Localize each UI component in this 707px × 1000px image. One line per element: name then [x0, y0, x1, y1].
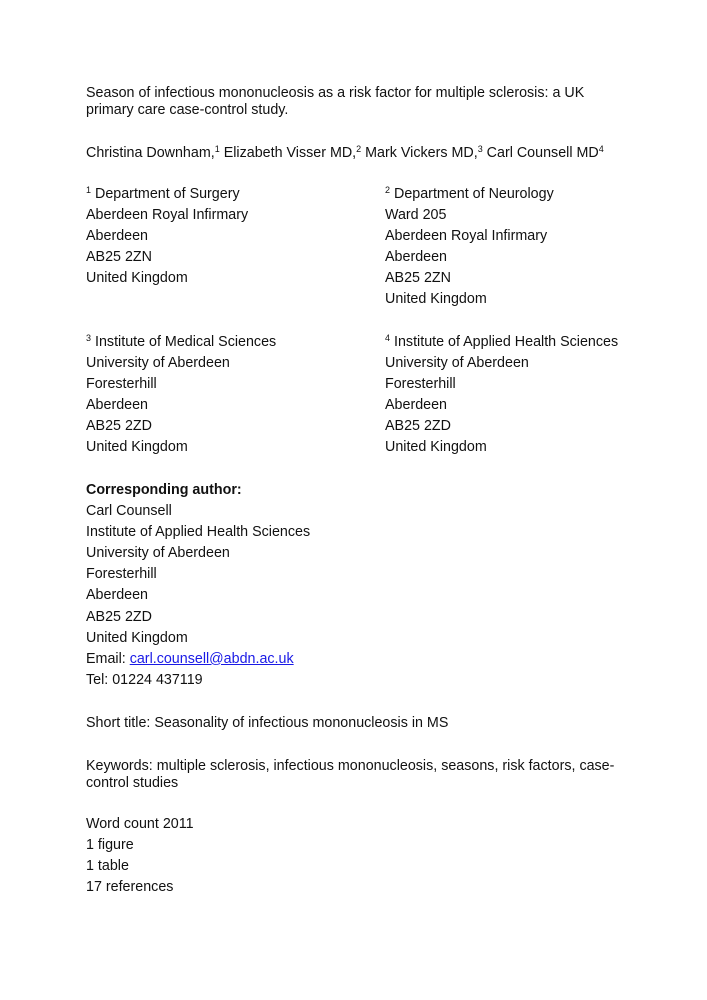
- affiliation-4: 4 Institute of Applied Health Sciences U…: [385, 332, 618, 459]
- author-name: Mark Vickers MD,: [361, 145, 478, 161]
- affiliation-line: Institute of Applied Health Sciences: [394, 334, 618, 350]
- affiliation-line: United Kingdom: [86, 437, 276, 458]
- affiliation-line: University of Aberdeen: [385, 353, 618, 374]
- affiliation-marker: 4: [599, 144, 604, 154]
- corresponding-author-block: Corresponding author: Carl Counsell Inst…: [86, 480, 310, 691]
- affiliation-line: Foresterhill: [385, 374, 618, 395]
- affiliation-line: Aberdeen: [385, 247, 554, 268]
- corresponding-line: Foresterhill: [86, 564, 310, 585]
- author-name: Elizabeth Visser MD,: [220, 145, 356, 161]
- word-count: Word count 2011: [86, 814, 194, 835]
- author-list: Christina Downham,1 Elizabeth Visser MD,…: [86, 145, 604, 161]
- affiliation-line: Aberdeen: [86, 395, 276, 416]
- affiliation-2: 2 Department of Neurology Ward 205 Aberd…: [385, 184, 554, 311]
- affiliation-line: Aberdeen Royal Infirmary: [86, 205, 248, 226]
- corresponding-line: Institute of Applied Health Sciences: [86, 522, 310, 543]
- affiliation-line: Department of Surgery: [95, 186, 240, 202]
- affiliation-line: Ward 205: [385, 205, 554, 226]
- corresponding-author-heading: Corresponding author:: [86, 480, 310, 501]
- corresponding-line: United Kingdom: [86, 628, 310, 649]
- affiliation-marker: 1: [86, 185, 91, 195]
- email-label: Email:: [86, 651, 130, 667]
- affiliation-line: University of Aberdeen: [86, 353, 276, 374]
- keywords: Keywords: multiple sclerosis, infectious…: [86, 758, 626, 792]
- affiliation-line: United Kingdom: [385, 437, 618, 458]
- short-title: Short title: Seasonality of infectious m…: [86, 715, 448, 731]
- author-name: Christina Downham,: [86, 145, 215, 161]
- paper-title: Season of infectious mononucleosis as a …: [86, 85, 626, 119]
- affiliation-marker: 4: [385, 333, 390, 343]
- corresponding-line: AB25 2ZD: [86, 607, 310, 628]
- affiliation-line: Aberdeen: [86, 226, 248, 247]
- email-link[interactable]: carl.counsell@abdn.ac.uk: [130, 651, 294, 667]
- affiliation-line: AB25 2ZD: [385, 416, 618, 437]
- affiliation-3: 3 Institute of Medical Sciences Universi…: [86, 332, 276, 459]
- telephone: Tel: 01224 437119: [86, 670, 310, 691]
- affiliation-line: AB25 2ZN: [86, 247, 248, 268]
- counts-block: Word count 2011 1 figure 1 table 17 refe…: [86, 814, 194, 898]
- affiliation-marker: 3: [86, 333, 91, 343]
- reference-count: 17 references: [86, 877, 194, 898]
- corresponding-line: Aberdeen: [86, 585, 310, 606]
- affiliation-line: Foresterhill: [86, 374, 276, 395]
- author-name: Carl Counsell MD: [483, 145, 599, 161]
- affiliation-line: AB25 2ZN: [385, 268, 554, 289]
- corresponding-line: Carl Counsell: [86, 501, 310, 522]
- affiliation-marker: 2: [385, 185, 390, 195]
- corresponding-line: University of Aberdeen: [86, 543, 310, 564]
- affiliation-line: Aberdeen: [385, 395, 618, 416]
- affiliation-line: AB25 2ZD: [86, 416, 276, 437]
- affiliation-line: Institute of Medical Sciences: [95, 334, 276, 350]
- figure-count: 1 figure: [86, 835, 194, 856]
- affiliation-1: 1 Department of Surgery Aberdeen Royal I…: [86, 184, 248, 289]
- affiliation-line: United Kingdom: [385, 289, 554, 310]
- affiliation-line: United Kingdom: [86, 268, 248, 289]
- affiliation-line: Department of Neurology: [394, 186, 554, 202]
- email-line: Email: carl.counsell@abdn.ac.uk: [86, 649, 310, 670]
- table-count: 1 table: [86, 856, 194, 877]
- affiliation-line: Aberdeen Royal Infirmary: [385, 226, 554, 247]
